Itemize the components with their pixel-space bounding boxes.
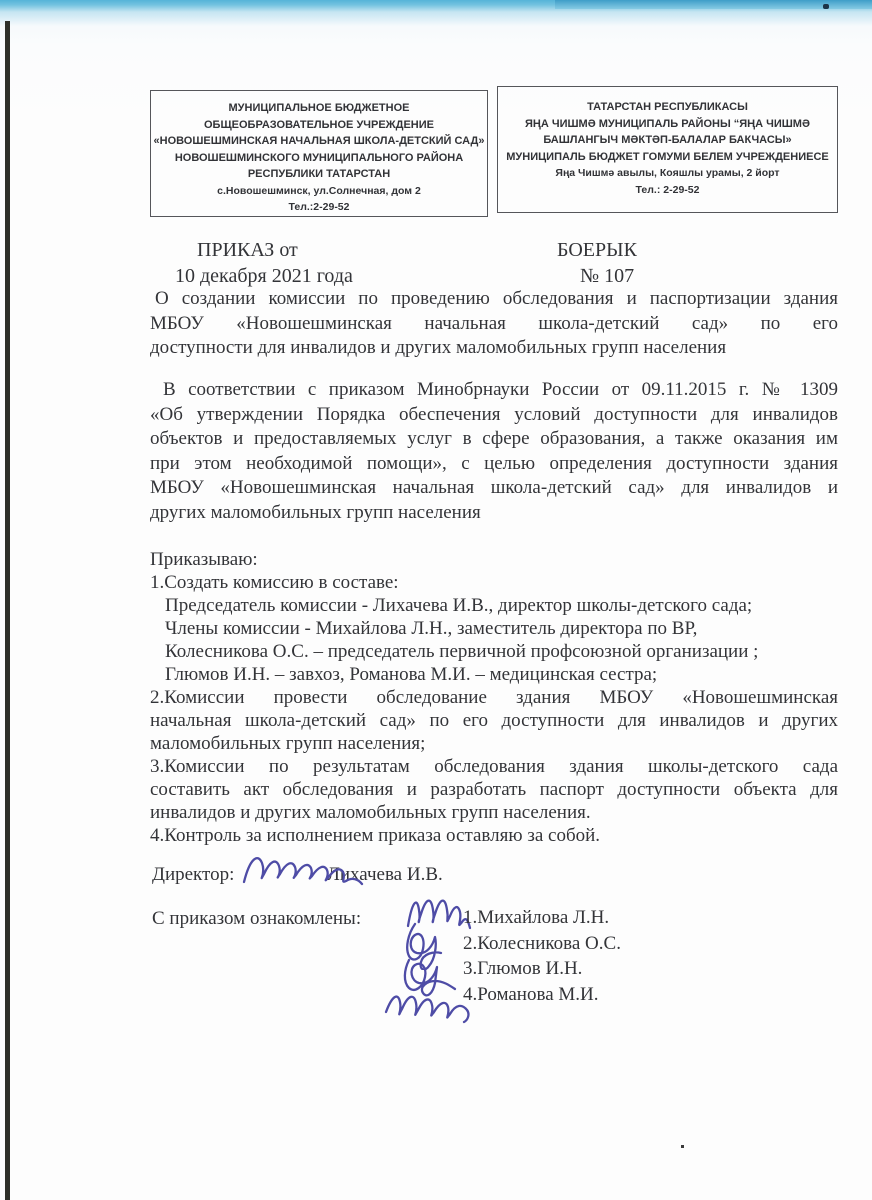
decree-line: 1.Создать комиссию в составе: <box>150 571 838 594</box>
decree-line: инвалидов и других маломобильных групп н… <box>150 801 838 824</box>
order-word-ru: ПРИКАЗ от <box>197 238 298 263</box>
letterhead-line: БАШЛАНГЫЧ МӘКТӘП-БАЛАЛАР БАКЧАСЫ» <box>498 132 837 149</box>
order-decree: Приказываю: 1.Создать комиссию в составе… <box>150 548 838 847</box>
decree-line: начальная школа-детский сад» по его дост… <box>150 709 838 732</box>
letterhead-address: с.Новошешминск, ул.Солнечная, дом 2 <box>151 183 487 200</box>
letterhead-tatar-box: ТАТАРСТАН РЕСПУБЛИКАСЫ ЯҢА ЧИШМӘ МУНИЦИП… <box>497 86 838 213</box>
preamble-line: МБОУ «Новошешминская начальная школа-дет… <box>150 476 838 501</box>
scan-speck-bottom <box>681 1145 684 1148</box>
acknowledged-label: С приказом ознакомлены: <box>152 908 361 930</box>
preamble-line: при этом необходимой помощи», с целью оп… <box>150 452 838 477</box>
scan-left-edge-strip <box>5 21 10 1200</box>
decree-line: 3.Комиссии по результатам обследования з… <box>150 755 838 778</box>
preamble-line: других маломобильных групп населения <box>150 501 838 526</box>
decree-line: Председатель комиссии - Лихачева И.В., д… <box>150 594 838 617</box>
ack-signature-ink-4 <box>381 982 475 1030</box>
decree-line: 2.Комиссии провести обследование здания … <box>150 686 838 709</box>
letterhead-address: Яңа Чишмә авылы, Кояшлы урамы, 2 йорт <box>498 165 837 182</box>
decree-line: 4.Контроль за исполнением приказа оставл… <box>150 824 838 847</box>
title-row-2: 10 декабря 2021 года № 107 <box>150 264 838 289</box>
scanned-order-document: МУНИЦИПАЛЬНОЕ БЮДЖЕТНОЕ ОБЩЕОБРАЗОВАТЕЛЬ… <box>0 0 872 1200</box>
decree-line: составить акт обследования и разработать… <box>150 778 838 801</box>
acknowledged-name: 3.Глюмов И.Н. <box>463 956 621 982</box>
acknowledged-name: 4.Романова М.И. <box>463 982 621 1008</box>
title-row-1: ПРИКАЗ от БОЕРЫК <box>150 238 838 263</box>
preamble-line: «Об утверждении Порядка обеспечения усло… <box>150 403 838 428</box>
decree-line: Члены комиссии - Михайлова Л.Н., замести… <box>150 617 838 640</box>
director-signature-ink <box>238 848 368 892</box>
scan-speck-top-right <box>823 4 829 9</box>
letterhead-phone: Тел.: 2-29-52 <box>498 182 837 199</box>
letterhead-line: МУНИЦИПАЛЬ БЮДЖЕТ ГОМУМИ БЕЛЕМ УЧРЕЖДЕНИ… <box>498 149 837 166</box>
decree-line: маломобильных групп населения; <box>150 732 838 755</box>
order-subject: О создании комиссии по проведению обслед… <box>150 287 838 361</box>
letterhead-line: МУНИЦИПАЛЬНОЕ БЮДЖЕТНОЕ <box>151 100 487 117</box>
acknowledged-name: 2.Колесникова О.С. <box>463 931 621 957</box>
letterhead-line: РЕСПУБЛИКИ ТАТАРСТАН <box>151 166 487 183</box>
acknowledged-name: 1.Михайлова Л.Н. <box>463 905 621 931</box>
acknowledged-names: 1.Михайлова Л.Н. 2.Колесникова О.С. 3.Гл… <box>463 905 621 1007</box>
order-word-tatar: БОЕРЫК <box>557 238 637 263</box>
letterhead-phone: Тел.:2-29-52 <box>151 199 487 216</box>
letterhead-russian-box: МУНИЦИПАЛЬНОЕ БЮДЖЕТНОЕ ОБЩЕОБРАЗОВАТЕЛЬ… <box>150 90 488 217</box>
subject-line: О создании комиссии по проведению обслед… <box>150 287 838 312</box>
letterhead-line: ТАТАРСТАН РЕСПУБЛИКАСЫ <box>498 99 837 116</box>
letterhead-line: «НОВОШЕШМИНСКАЯ НАЧАЛЬНАЯ ШКОЛА-ДЕТСКИЙ … <box>151 133 487 150</box>
decree-line: Колесникова О.С. – председатель первично… <box>150 640 838 663</box>
order-number: № 107 <box>580 264 634 289</box>
preamble-line: объектов и предоставляемых услуг в сфере… <box>150 427 838 452</box>
order-preamble: В соответствии с приказом Минобрнауки Ро… <box>150 378 838 525</box>
letterhead-line: НОВОШЕШМИНСКОГО МУНИЦИПАЛЬНОГО РАЙОНА <box>151 150 487 167</box>
subject-line: МБОУ «Новошешминская начальная школа-дет… <box>150 312 838 337</box>
subject-line: доступности для инвалидов и других малом… <box>150 336 838 361</box>
decree-line: Глюмов И.Н. – завхоз, Романова М.И. – ме… <box>150 663 838 686</box>
decree-lead: Приказываю: <box>150 548 838 571</box>
preamble-line: В соответствии с приказом Минобрнауки Ро… <box>150 378 838 403</box>
letterhead-line: ЯҢА ЧИШМӘ МУНИЦИПАЛЬ РАЙОНЫ “ЯҢА ЧИШМӘ <box>498 116 837 133</box>
letterhead-line: ОБЩЕОБРАЗОВАТЕЛЬНОЕ УЧРЕЖДЕНИЕ <box>151 117 487 134</box>
order-date: 10 декабря 2021 года <box>175 264 353 289</box>
director-label: Директор: <box>152 864 234 885</box>
